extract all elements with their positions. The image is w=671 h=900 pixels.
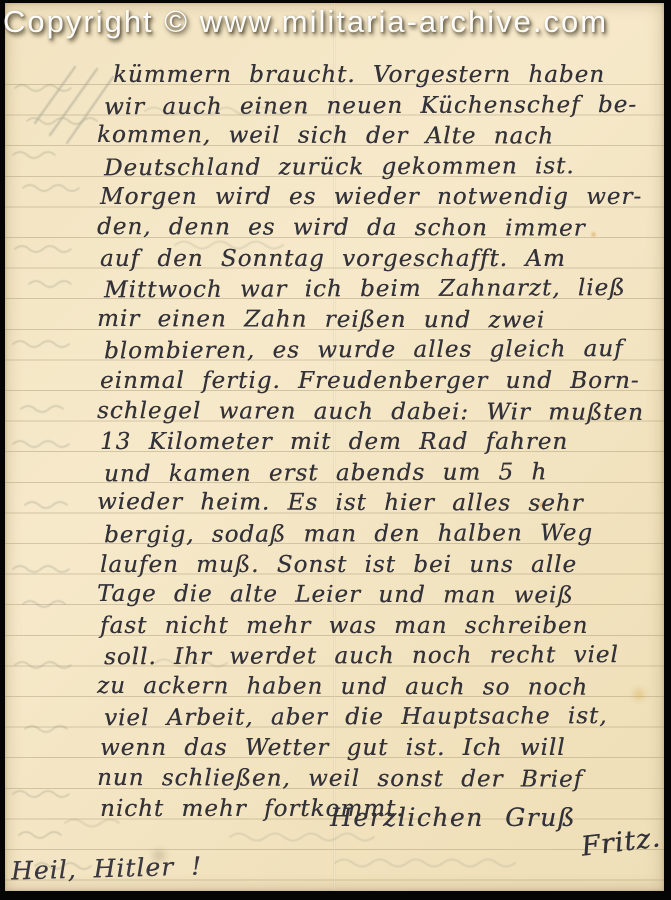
copyright-watermark: Copyright © www.militaria-archive.com [3, 4, 608, 40]
letter-line: kümmern braucht. Vorgestern haben [113, 60, 664, 91]
letter-line: fast nicht mehr was man schreiben [100, 611, 664, 642]
letter-signature: Fritz. [579, 822, 662, 863]
letter-line: und kamen erst abends um 5 h [104, 456, 664, 489]
letter-paper: kümmern braucht. Vorgestern habenwir auc… [5, 3, 664, 891]
letter-line: kommen, weil sich der Alte nach [97, 120, 664, 153]
letter-line: den, denn es wird da schon immer [97, 212, 664, 245]
letter-line: einmal fertig. Freudenberger und Born- [100, 366, 664, 397]
letter-line: 13 Kilometer mit dem Rad fahren [100, 427, 664, 458]
letter-line: wir auch einen neuen Küchenschef be- [104, 89, 664, 122]
letter-line: laufen muß. Sonst ist bei uns alle [100, 550, 664, 581]
letter-line: Mittwoch war ich beim Zahnarzt, ließ [104, 273, 664, 306]
letter-line: blombieren, es wurde alles gleich auf [104, 334, 664, 367]
letter-postscript: Heil, Hitler ! [11, 852, 203, 886]
letter-line: schlegel waren auch dabei: Wir mußten [97, 396, 664, 429]
letter-line: auf den Sonntag vorgeschafft. Am [100, 244, 664, 275]
letter-line: soll. Ihr werdet auch noch recht viel [104, 640, 664, 673]
letter-line: wieder heim. Es ist hier alles sehr [97, 487, 664, 520]
scanned-letter-page: kümmern braucht. Vorgestern habenwir auc… [0, 0, 671, 900]
letter-line: Deutschland zurück gekommen ist. [104, 151, 664, 184]
letter-line: Morgen wird es wieder notwendig wer- [100, 182, 664, 213]
letter-line: Tage die alte Leier und man weiß [97, 579, 664, 612]
letter-line: nun schließen, weil sonst der Brief [97, 763, 664, 796]
letter-line: viel Arbeit, aber die Hauptsache ist, [104, 701, 664, 734]
letter-line: mir einen Zahn reißen und zwei [97, 304, 664, 337]
letter-closing: Herzlichen Gruß [330, 803, 576, 832]
letter-line: bergig, sodaß man den halben Weg [104, 518, 664, 551]
letter-line: zu ackern haben und auch so noch [97, 671, 664, 704]
letter-body: kümmern braucht. Vorgestern habenwir auc… [100, 60, 664, 825]
letter-line: wenn das Wetter gut ist. Ich will [100, 733, 664, 764]
